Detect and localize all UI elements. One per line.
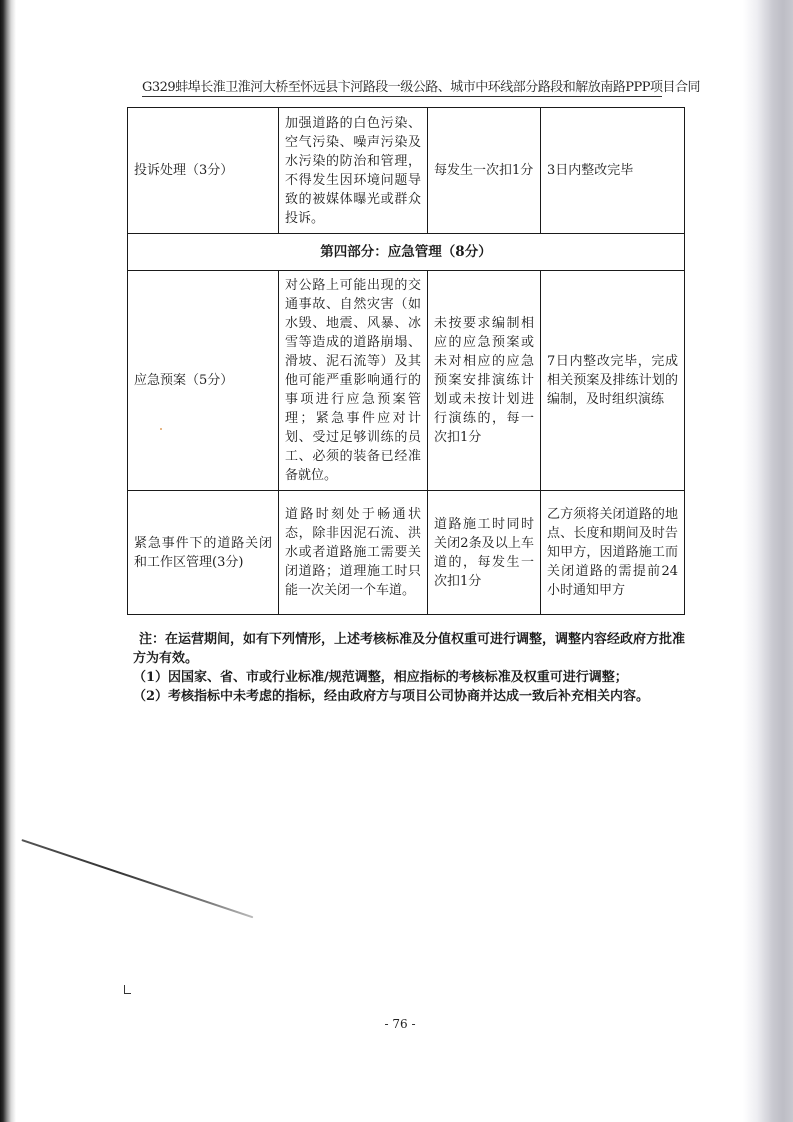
rectification-cell: 7日内整改完毕，完成相关预案及排练计划的编制，及时组织演练 xyxy=(541,271,685,491)
table-row: 应急预案（5分） 对公路上可能出现的交通事故、自然灾害（如水毁、地震、风暴、冰雪… xyxy=(128,271,685,491)
deduction-cell: 每发生一次扣1分 xyxy=(428,108,541,234)
assessment-table: 投诉处理（3分） 加强道路的白色污染、空气污染、噪声污染及水污染的防治和管理，不… xyxy=(127,107,685,615)
scan-artifact-mark xyxy=(124,985,131,994)
item-cell: 紧急事件下的道路关闭和工作区管理(3分) xyxy=(128,491,279,615)
section-title: 第四部分：应急管理（8分） xyxy=(128,234,685,271)
scan-right-edge xyxy=(743,0,793,1122)
requirement-cell: 加强道路的白色污染、空气污染、噪声污染及水污染的防治和管理，不得发生因环境问题导… xyxy=(279,108,428,234)
deduction-cell: 未按要求编制相应的应急预案或未对相应的应急预案安排演练计划或未按计划进行演练的，… xyxy=(428,271,541,491)
document-header: G329蚌埠长淮卫淮河大桥至怀远县卞河路段一级公路、城市中环线部分路段和解放南路… xyxy=(142,80,662,97)
item-cell: 投诉处理（3分） xyxy=(128,108,279,234)
scan-left-edge xyxy=(0,0,16,1122)
page-number: - 76 - xyxy=(375,1017,425,1031)
note-main: 注：在运营期间，如有下列情形，上述考核标准及分值权重可进行调整，调整内容经政府方… xyxy=(133,630,693,668)
table-row: 紧急事件下的道路关闭和工作区管理(3分) 道路时刻处于畅通状态，除非因泥石流、洪… xyxy=(128,491,685,615)
requirement-cell: 对公路上可能出现的交通事故、自然灾害（如水毁、地震、风暴、冰雪等造成的道路崩塌、… xyxy=(279,271,428,491)
section-header-row: 第四部分：应急管理（8分） xyxy=(128,234,685,271)
scan-artifact-streak xyxy=(21,839,253,918)
notes-block: 注：在运营期间，如有下列情形，上述考核标准及分值权重可进行调整，调整内容经政府方… xyxy=(133,630,693,706)
rectification-cell: 3日内整改完毕 xyxy=(541,108,685,234)
rectification-cell: 乙方须将关闭道路的地点、长度和期间及时告知甲方，因道路施工而关闭道路的需提前24… xyxy=(541,491,685,615)
table-row: 投诉处理（3分） 加强道路的白色污染、空气污染、噪声污染及水污染的防治和管理，不… xyxy=(128,108,685,234)
note-item-1: （1）因国家、省、市或行业标准/规范调整，相应指标的考核标准及权重可进行调整； xyxy=(133,668,693,687)
requirement-cell: 道路时刻处于畅通状态，除非因泥石流、洪水或者道路施工需要关闭道路；道理施工时只能… xyxy=(279,491,428,615)
scan-artifact-speck xyxy=(160,428,162,430)
item-cell: 应急预案（5分） xyxy=(128,271,279,491)
note-item-2: （2）考核指标中未考虑的指标，经由政府方与项目公司协商并达成一致后补充相关内容。 xyxy=(133,687,693,706)
deduction-cell: 道路施工时同时关闭2条及以上车道的，每发生一次扣1分 xyxy=(428,491,541,615)
